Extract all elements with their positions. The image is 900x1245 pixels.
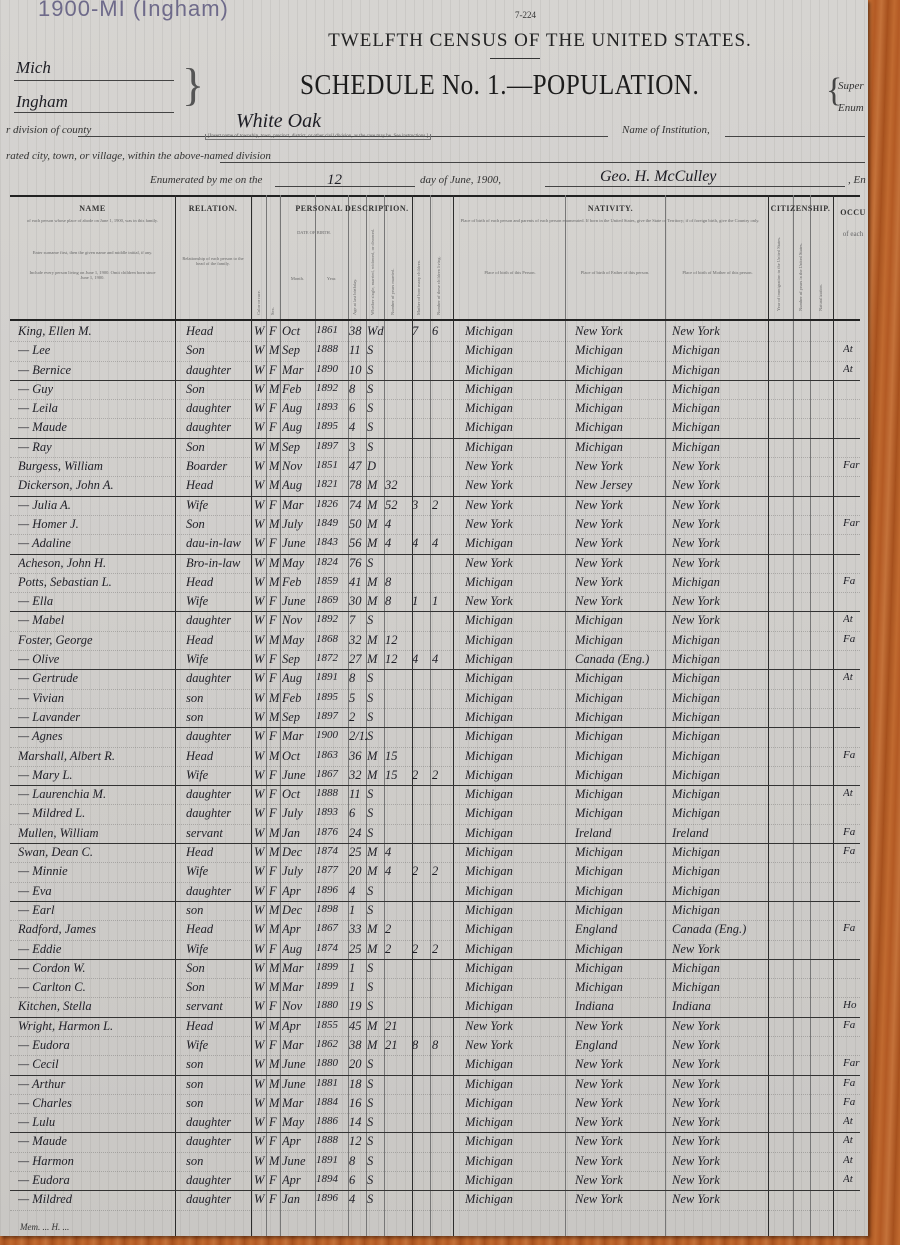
sex-cell: M xyxy=(269,845,283,860)
birthplace-person-cell: Michigan xyxy=(465,980,570,995)
birthplace-person-cell: New York xyxy=(465,459,570,474)
header-years-married: Number of years married. xyxy=(390,225,395,315)
birth-year-cell: 1872 xyxy=(316,652,348,664)
birthplace-person-cell: Michigan xyxy=(465,633,570,648)
table-row: — LavandersonWMSep18972SMichiganMichigan… xyxy=(10,709,860,728)
birthplace-person-cell: Michigan xyxy=(465,440,570,455)
birthplace-father-cell: Michigan xyxy=(575,942,675,957)
color-cell: W xyxy=(254,363,268,378)
table-row: — Mary L.WifeWFJune186732M1522MichiganMi… xyxy=(10,767,860,786)
person-name-cell: — Minnie xyxy=(18,864,178,879)
birthplace-person-cell: Michigan xyxy=(465,363,570,378)
day-line xyxy=(275,186,415,187)
sex-cell: F xyxy=(269,806,283,821)
age-cell: 4 xyxy=(349,420,367,435)
birthplace-father-cell: Michigan xyxy=(575,749,675,764)
birthplace-mother-cell: New York xyxy=(672,324,772,339)
age-cell: 24 xyxy=(349,826,367,841)
birthplace-father-cell: England xyxy=(575,922,675,937)
age-cell: 2 xyxy=(349,710,367,725)
birth-month-cell: Aug xyxy=(282,671,318,686)
age-cell: 1 xyxy=(349,961,367,976)
birthplace-person-cell: New York xyxy=(465,517,570,532)
years-married-cell: 4 xyxy=(385,864,403,879)
birthplace-person-cell: Michigan xyxy=(465,536,570,551)
marital-status-cell: M xyxy=(367,498,385,513)
birthplace-mother-cell: Michigan xyxy=(672,903,772,918)
sex-cell: M xyxy=(269,980,283,995)
color-cell: W xyxy=(254,1173,268,1188)
person-name-cell: — Carlton C. xyxy=(18,980,178,995)
children-born-cell: 2 xyxy=(412,942,426,957)
marital-status-cell: S xyxy=(367,710,385,725)
sex-cell: F xyxy=(269,1134,283,1149)
age-cell: 74 xyxy=(349,498,367,513)
age-cell: 18 xyxy=(349,1077,367,1092)
birthplace-mother-cell: New York xyxy=(672,1077,772,1092)
table-row: — ArthursonWMJune188118SMichiganNew York… xyxy=(10,1076,860,1095)
birth-month-cell: June xyxy=(282,1154,318,1169)
relation-cell: Son xyxy=(186,980,254,995)
occupation-cell: Fa xyxy=(843,1019,863,1031)
sex-cell: M xyxy=(269,1096,283,1111)
relation-cell: Head xyxy=(186,633,254,648)
table-row: — Carlton C.SonWMMar18991SMichiganMichig… xyxy=(10,979,860,998)
table-row: Marshall, Albert R.HeadWMOct186336M15Mic… xyxy=(10,748,860,767)
age-cell: 8 xyxy=(349,1154,367,1169)
sex-cell: M xyxy=(269,1154,283,1169)
age-cell: 38 xyxy=(349,324,367,339)
table-row: Wright, Harmon L.HeadWMApr185545M21New Y… xyxy=(10,1018,860,1037)
children-living-cell: 8 xyxy=(432,1038,446,1053)
table-row: Mullen, WilliamservantWMJan187624SMichig… xyxy=(10,825,860,844)
years-married-cell: 4 xyxy=(385,517,403,532)
person-name-cell: King, Ellen M. xyxy=(18,324,178,339)
birthplace-person-cell: Michigan xyxy=(465,575,570,590)
person-name-cell: Radford, James xyxy=(18,922,178,937)
birthplace-father-cell: Michigan xyxy=(575,961,675,976)
marital-status-cell: S xyxy=(367,1115,385,1130)
age-cell: 11 xyxy=(349,343,367,358)
person-name-cell: — Bernice xyxy=(18,363,178,378)
birth-month-cell: Apr xyxy=(282,1019,318,1034)
birthplace-father-cell: Indiana xyxy=(575,999,675,1014)
sex-cell: M xyxy=(269,517,283,532)
color-cell: W xyxy=(254,729,268,744)
relation-cell: Head xyxy=(186,324,254,339)
relation-cell: son xyxy=(186,691,254,706)
age-cell: 78 xyxy=(349,478,367,493)
birthplace-person-cell: New York xyxy=(465,498,570,513)
birth-month-cell: Nov xyxy=(282,999,318,1014)
age-cell: 20 xyxy=(349,1057,367,1072)
color-cell: W xyxy=(254,710,268,725)
birthplace-person-cell: Michigan xyxy=(465,999,570,1014)
marital-status-cell: M xyxy=(367,575,385,590)
birth-month-cell: Feb xyxy=(282,691,318,706)
marital-status-cell: M xyxy=(367,633,385,648)
relation-cell: son xyxy=(186,1154,254,1169)
header-date-of-birth: DATE OF BIRTH. xyxy=(280,231,348,236)
birth-month-cell: Sep xyxy=(282,440,318,455)
person-name-cell: — Cecil xyxy=(18,1057,178,1072)
birthplace-mother-cell: Michigan xyxy=(672,787,772,802)
color-cell: W xyxy=(254,1057,268,1072)
occupation-cell: At xyxy=(843,787,863,799)
table-row: — HarmonsonWMJune18918SMichiganNew YorkN… xyxy=(10,1153,860,1172)
age-cell: 6 xyxy=(349,806,367,821)
age-cell: 7 xyxy=(349,613,367,628)
birthplace-father-cell: Michigan xyxy=(575,729,675,744)
age-cell: 4 xyxy=(349,884,367,899)
birth-year-cell: 1861 xyxy=(316,324,348,336)
birthplace-mother-cell: New York xyxy=(672,1192,772,1207)
birthplace-mother-cell: New York xyxy=(672,1134,772,1149)
age-cell: 47 xyxy=(349,459,367,474)
person-name-cell: — Maude xyxy=(18,420,178,435)
person-name-cell: — Olive xyxy=(18,652,178,667)
birth-month-cell: Mar xyxy=(282,1038,318,1053)
children-born-cell: 2 xyxy=(412,768,426,783)
marital-status-cell: S xyxy=(367,440,385,455)
age-cell: 3 xyxy=(349,440,367,455)
age-cell: 30 xyxy=(349,594,367,609)
person-name-cell: — Gertrude xyxy=(18,671,178,686)
header-bottom-rule xyxy=(10,319,860,321)
age-cell: 25 xyxy=(349,942,367,957)
birthplace-person-cell: Michigan xyxy=(465,749,570,764)
marital-status-cell: S xyxy=(367,806,385,821)
marital-status-cell: S xyxy=(367,556,385,571)
birth-year-cell: 1897 xyxy=(316,710,348,722)
color-cell: W xyxy=(254,633,268,648)
birth-year-cell: 1855 xyxy=(316,1019,348,1031)
enumerator-label: Enum xyxy=(838,97,864,119)
birthplace-mother-cell: Michigan xyxy=(672,806,772,821)
birthplace-mother-cell: Michigan xyxy=(672,420,772,435)
birthplace-father-cell: Michigan xyxy=(575,903,675,918)
birthplace-father-cell: Michigan xyxy=(575,633,675,648)
birthplace-person-cell: Michigan xyxy=(465,652,570,667)
table-row: — LeiladaughterWFAug18936SMichiganMichig… xyxy=(10,400,860,419)
table-body: King, Ellen M.HeadWFOct186138Wd76Michiga… xyxy=(10,323,860,1211)
table-row: — EllaWifeWFJune186930M811New YorkNew Yo… xyxy=(10,593,860,612)
occupation-cell: Far xyxy=(843,1057,863,1069)
relation-cell: Boarder xyxy=(186,459,254,474)
color-cell: W xyxy=(254,401,268,416)
birth-year-cell: 1899 xyxy=(316,961,348,973)
birthplace-father-cell: New York xyxy=(575,1115,675,1130)
birthplace-mother-cell: Michigan xyxy=(672,710,772,725)
table-row: — MabeldaughterWFNov18927SMichiganMichig… xyxy=(10,612,860,631)
table-row: — LeeSonWMSep188811SMichiganMichiganMich… xyxy=(10,342,860,361)
birthplace-father-cell: Michigan xyxy=(575,343,675,358)
header-marital: Whether single, married, widowed, or div… xyxy=(370,225,375,315)
birthplace-mother-cell: Michigan xyxy=(672,961,772,976)
birth-month-cell: Dec xyxy=(282,903,318,918)
birth-year-cell: 1880 xyxy=(316,999,348,1011)
person-name-cell: — Mabel xyxy=(18,613,178,628)
county-field: Ingham xyxy=(16,92,68,112)
birthplace-person-cell: Michigan xyxy=(465,1192,570,1207)
birth-month-cell: Dec xyxy=(282,845,318,860)
person-name-cell: Mullen, William xyxy=(18,826,178,841)
table-row: — Homer J.SonWMJuly184950M4New YorkNew Y… xyxy=(10,516,860,535)
years-married-cell: 8 xyxy=(385,575,403,590)
age-cell: 32 xyxy=(349,768,367,783)
birth-month-cell: Apr xyxy=(282,922,318,937)
birthplace-mother-cell: Michigan xyxy=(672,749,772,764)
marital-status-cell: Wd xyxy=(367,324,385,339)
sex-cell: M xyxy=(269,749,283,764)
relation-cell: Head xyxy=(186,575,254,590)
sex-cell: F xyxy=(269,671,283,686)
years-married-cell: 12 xyxy=(385,633,403,648)
color-cell: W xyxy=(254,1115,268,1130)
birth-month-cell: Mar xyxy=(282,980,318,995)
birth-year-cell: 1824 xyxy=(316,556,348,568)
header-name-instr1: Enter surname first, then the given name… xyxy=(25,251,160,256)
years-married-cell: 52 xyxy=(385,498,403,513)
birthplace-mother-cell: New York xyxy=(672,498,772,513)
birth-year-cell: 1862 xyxy=(316,1038,348,1050)
birth-year-cell: 1867 xyxy=(316,768,348,780)
header-citizenship: CITIZENSHIP. xyxy=(768,205,833,214)
color-cell: W xyxy=(254,459,268,474)
sex-cell: M xyxy=(269,1057,283,1072)
children-living-cell: 6 xyxy=(432,324,446,339)
years-married-cell: 21 xyxy=(385,1019,403,1034)
birthplace-father-cell: Michigan xyxy=(575,864,675,879)
age-cell: 41 xyxy=(349,575,367,590)
division-value: White Oak xyxy=(236,110,321,133)
birth-month-cell: Mar xyxy=(282,961,318,976)
birthplace-person-cell: New York xyxy=(465,556,570,571)
person-name-cell: — Eddie xyxy=(18,942,178,957)
birthplace-father-cell: New Jersey xyxy=(575,478,675,493)
birthplace-mother-cell: Michigan xyxy=(672,575,772,590)
birthplace-person-cell: Michigan xyxy=(465,1115,570,1130)
years-married-cell: 15 xyxy=(385,768,403,783)
birthplace-father-cell: New York xyxy=(575,1192,675,1207)
birthplace-father-cell: Michigan xyxy=(575,884,675,899)
sex-cell: F xyxy=(269,1038,283,1053)
relation-cell: daughter xyxy=(186,1173,254,1188)
age-cell: 19 xyxy=(349,999,367,1014)
table-row: — AgnesdaughterWFMar19002/12SMichiganMic… xyxy=(10,728,860,747)
sex-cell: F xyxy=(269,768,283,783)
birthplace-father-cell: New York xyxy=(575,1057,675,1072)
children-living-cell: 1 xyxy=(432,594,446,609)
header-name-desc: of each person whose place of abode on J… xyxy=(25,219,160,224)
sex-cell: M xyxy=(269,633,283,648)
color-cell: W xyxy=(254,749,268,764)
relation-cell: daughter xyxy=(186,401,254,416)
relation-cell: daughter xyxy=(186,363,254,378)
birthplace-father-cell: New York xyxy=(575,536,675,551)
birthplace-mother-cell: New York xyxy=(672,1057,772,1072)
birthplace-father-cell: Michigan xyxy=(575,787,675,802)
sex-cell: F xyxy=(269,787,283,802)
title-divider xyxy=(490,58,540,59)
birthplace-mother-cell: Ireland xyxy=(672,826,772,841)
birth-year-cell: 1877 xyxy=(316,864,348,876)
birthplace-person-cell: Michigan xyxy=(465,382,570,397)
census-sheet: 1900-MI (Ingham) 7-224 TWELFTH CENSUS OF… xyxy=(0,0,868,1236)
color-cell: W xyxy=(254,382,268,397)
marital-status-cell: S xyxy=(367,1134,385,1149)
birthplace-father-cell: New York xyxy=(575,517,675,532)
relation-cell: dau-in-law xyxy=(186,536,254,551)
birth-month-cell: Nov xyxy=(282,613,318,628)
birthplace-mother-cell: Michigan xyxy=(672,633,772,648)
relation-cell: Wife xyxy=(186,864,254,879)
relation-cell: daughter xyxy=(186,1192,254,1207)
color-cell: W xyxy=(254,536,268,551)
relation-cell: daughter xyxy=(186,1115,254,1130)
relation-cell: daughter xyxy=(186,884,254,899)
age-cell: 20 xyxy=(349,864,367,879)
person-name-cell: — Cordon W. xyxy=(18,961,178,976)
header-occupation-desc: of each xyxy=(833,231,873,239)
table-row: — MinnieWifeWFJuly187720M422MichiganMich… xyxy=(10,863,860,882)
color-cell: W xyxy=(254,556,268,571)
children-living-cell: 2 xyxy=(432,942,446,957)
relation-cell: Wife xyxy=(186,652,254,667)
color-cell: W xyxy=(254,1077,268,1092)
marital-status-cell: S xyxy=(367,787,385,802)
birth-month-cell: Sep xyxy=(282,652,318,667)
person-name-cell: Swan, Dean C. xyxy=(18,845,178,860)
relation-cell: Bro-in-law xyxy=(186,556,254,571)
age-cell: 5 xyxy=(349,691,367,706)
marital-status-cell: M xyxy=(367,942,385,957)
years-married-cell: 8 xyxy=(385,594,403,609)
table-row: Potts, Sebastian L.HeadWMFeb185941M8Mich… xyxy=(10,574,860,593)
table-row: Dickerson, John A.HeadWMAug182178M32New … xyxy=(10,477,860,496)
person-name-cell: — Lee xyxy=(18,343,178,358)
occupation-cell: At xyxy=(843,343,863,355)
birth-month-cell: Jan xyxy=(282,826,318,841)
sex-cell: M xyxy=(269,1077,283,1092)
relation-cell: Head xyxy=(186,478,254,493)
occupation-cell: Fa xyxy=(843,922,863,934)
age-cell: 27 xyxy=(349,652,367,667)
birthplace-person-cell: New York xyxy=(465,1019,570,1034)
occupation-cell: Fa xyxy=(843,633,863,645)
birthplace-father-cell: Michigan xyxy=(575,363,675,378)
birth-month-cell: May xyxy=(282,633,318,648)
table-row: — ViviansonWMFeb18955SMichiganMichiganMi… xyxy=(10,690,860,709)
birthplace-mother-cell: Michigan xyxy=(672,768,772,783)
relation-cell: son xyxy=(186,903,254,918)
birth-year-cell: 1874 xyxy=(316,845,348,857)
birth-year-cell: 1888 xyxy=(316,1134,348,1146)
table-row: King, Ellen M.HeadWFOct186138Wd76Michiga… xyxy=(10,323,860,342)
marital-status-cell: S xyxy=(367,1154,385,1169)
sex-cell: F xyxy=(269,420,283,435)
division-caption: [Insert name of township, town, precinct… xyxy=(205,134,431,140)
person-name-cell: — Arthur xyxy=(18,1077,178,1092)
birthplace-person-cell: Michigan xyxy=(465,1077,570,1092)
document-title: TWELFTH CENSUS OF THE UNITED STATES. xyxy=(240,30,840,52)
birth-year-cell: 1892 xyxy=(316,613,348,625)
years-married-cell: 4 xyxy=(385,536,403,551)
age-cell: 2/12 xyxy=(349,729,367,744)
birth-month-cell: Oct xyxy=(282,324,318,339)
birth-month-cell: Aug xyxy=(282,942,318,957)
birthplace-person-cell: Michigan xyxy=(465,691,570,706)
color-cell: W xyxy=(254,999,268,1014)
birth-year-cell: 1868 xyxy=(316,633,348,645)
sex-cell: M xyxy=(269,459,283,474)
form-number: 7-224 xyxy=(515,10,536,20)
relation-cell: Head xyxy=(186,922,254,937)
color-cell: W xyxy=(254,922,268,937)
marital-status-cell: S xyxy=(367,826,385,841)
relation-cell: daughter xyxy=(186,613,254,628)
state-field: Mich xyxy=(16,58,51,78)
birthplace-mother-cell: New York xyxy=(672,613,772,628)
color-cell: W xyxy=(254,420,268,435)
table-row: — Julia A.WifeWFMar182674M5232New YorkNe… xyxy=(10,497,860,516)
birthplace-person-cell: Michigan xyxy=(465,806,570,821)
birth-year-cell: 1881 xyxy=(316,1077,348,1089)
sex-cell: F xyxy=(269,1115,283,1130)
header-age: Age at last birthday. xyxy=(352,235,357,315)
birthplace-father-cell: Michigan xyxy=(575,671,675,686)
table-row: — EudoraWifeWFMar186238M2188New YorkEngl… xyxy=(10,1037,860,1056)
birthplace-person-cell: Michigan xyxy=(465,710,570,725)
relation-cell: daughter xyxy=(186,1134,254,1149)
birthplace-father-cell: Canada (Eng.) xyxy=(575,652,675,667)
relation-cell: Head xyxy=(186,749,254,764)
occupation-cell: At xyxy=(843,613,863,625)
birth-month-cell: Sep xyxy=(282,710,318,725)
birthplace-person-cell: New York xyxy=(465,1038,570,1053)
birthplace-father-cell: New York xyxy=(575,498,675,513)
relation-cell: Head xyxy=(186,845,254,860)
person-name-cell: — Homer J. xyxy=(18,517,178,532)
relation-cell: Wife xyxy=(186,1038,254,1053)
birthplace-mother-cell: New York xyxy=(672,1115,772,1130)
birth-month-cell: May xyxy=(282,556,318,571)
institution-label: Name of Institution, xyxy=(622,124,710,136)
birthplace-person-cell: Michigan xyxy=(465,1173,570,1188)
birthplace-mother-cell: New York xyxy=(672,459,772,474)
birthplace-person-cell: Michigan xyxy=(465,420,570,435)
age-cell: 6 xyxy=(349,401,367,416)
birthplace-person-cell: Michigan xyxy=(465,845,570,860)
birthplace-mother-cell: Michigan xyxy=(672,440,772,455)
birth-year-cell: 1843 xyxy=(316,536,348,548)
color-cell: W xyxy=(254,826,268,841)
birthplace-father-cell: New York xyxy=(575,1154,675,1169)
years-married-cell: 2 xyxy=(385,942,403,957)
person-name-cell: Burgess, William xyxy=(18,459,178,474)
table-row: — LuludaughterWFMay188614SMichiganNew Yo… xyxy=(10,1114,860,1133)
relation-cell: Wife xyxy=(186,942,254,957)
enumerator-signature: Geo. H. McCulley xyxy=(600,168,716,186)
birth-month-cell: July xyxy=(282,864,318,879)
header-nativity: NATIVITY. xyxy=(453,205,768,214)
left-brace: } xyxy=(182,58,204,111)
relation-cell: daughter xyxy=(186,787,254,802)
header-relation: RELATION. xyxy=(175,205,251,214)
sex-cell: F xyxy=(269,536,283,551)
relation-cell: servant xyxy=(186,999,254,1014)
birth-year-cell: 1884 xyxy=(316,1096,348,1108)
